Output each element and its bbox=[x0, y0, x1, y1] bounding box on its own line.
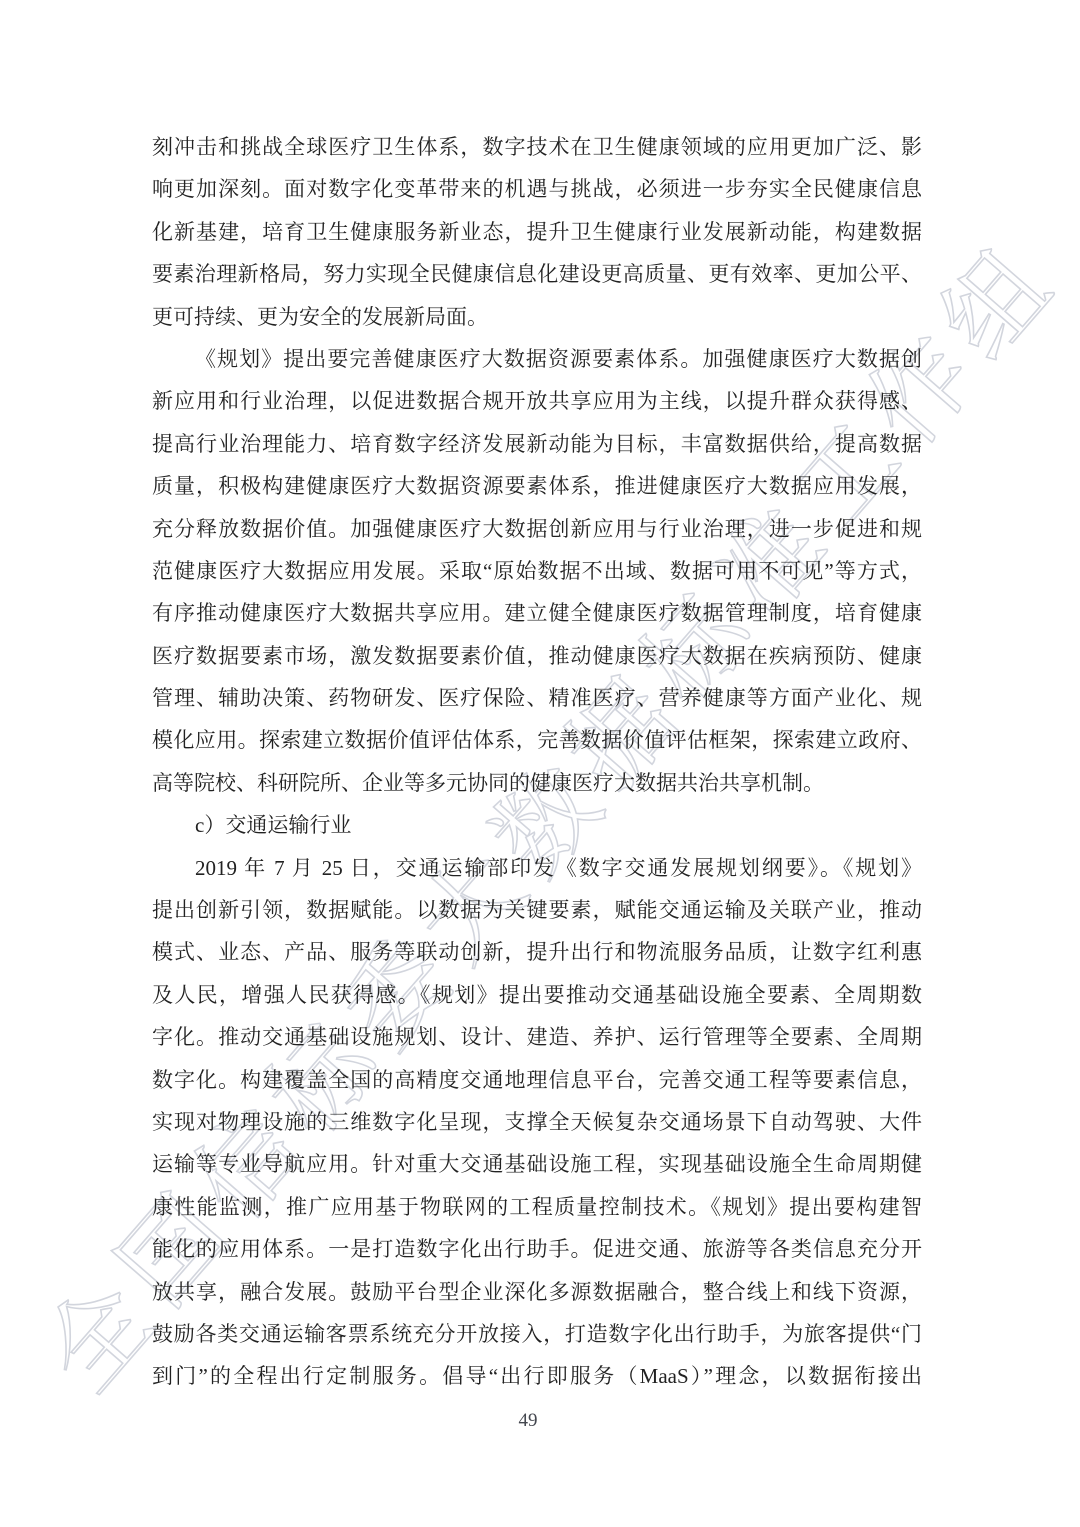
text-line: 数字化。构建覆盖全国的高精度交通地理信息平台，完善交通工程等要素信息， bbox=[152, 1059, 922, 1101]
document-page: 全国信标委大数据标准工作组 刻冲击和挑战全球医疗卫生体系，数字技术在卫生健康领域… bbox=[0, 0, 1080, 1527]
text-line: 运输等专业导航应用。针对重大交通基础设施工程，实现基础设施全生命周期健 bbox=[152, 1143, 922, 1185]
text-line: 放共享，融合发展。鼓励平台型企业深化多源数据融合，整合线上和线下资源， bbox=[152, 1271, 922, 1313]
text-line: 质量，积极构建健康医疗大数据资源要素体系，推进健康医疗大数据应用发展， bbox=[152, 465, 922, 507]
text-line: 鼓励各类交通运输客票系统充分开放接入，打造数字化出行助手，为旅客提供“门 bbox=[152, 1313, 922, 1355]
text-line: 提高行业治理能力、培育数字经济发展新动能为目标，丰富数据供给，提高数据 bbox=[152, 423, 922, 465]
text-line: 新应用和行业治理，以促进数据合规开放共享应用为主线，以提升群众获得感、 bbox=[152, 380, 922, 422]
text-line: 能化的应用体系。一是打造数字化出行助手。促进交通、旅游等各类信息充分开 bbox=[152, 1228, 922, 1270]
text-line: 到门”的全程出行定制服务。倡导“出行即服务（MaaS）”理念，以数据衔接出 bbox=[152, 1355, 922, 1397]
text-line: 化新基建，培育卫生健康服务新业态，提升卫生健康行业发展新动能，构建数据 bbox=[152, 211, 922, 253]
text-line: 响更加深刻。面对数字化变革带来的机遇与挑战，必须进一步夯实全民健康信息 bbox=[152, 168, 922, 210]
text-line: 更可持续、更为安全的发展新局面。 bbox=[152, 296, 922, 338]
text-line: 康性能监测，推广应用基于物联网的工程质量控制技术。《规划》提出要构建智 bbox=[152, 1186, 922, 1228]
text-line: 医疗数据要素市场，激发数据要素价值，推动健康医疗大数据在疾病预防、健康 bbox=[152, 635, 922, 677]
text-line: 模式、业态、产品、服务等联动创新，提升出行和物流服务品质，让数字红利惠 bbox=[152, 931, 922, 973]
text-line: 高等院校、科研院所、企业等多元协同的健康医疗大数据共治共享机制。 bbox=[152, 762, 922, 804]
text-line: 2019 年 7 月 25 日，交通运输部印发《数字交通发展规划纲要》。《规划》 bbox=[152, 847, 922, 889]
text-line: 刻冲击和挑战全球医疗卫生体系，数字技术在卫生健康领域的应用更加广泛、影 bbox=[152, 126, 922, 168]
section-heading: c）交通运输行业 bbox=[152, 804, 922, 846]
text-line: 及人民，增强人民获得感。《规划》提出要推动交通基础设施全要素、全周期数 bbox=[152, 974, 922, 1016]
text-line: 《规划》提出要完善健康医疗大数据资源要素体系。加强健康医疗大数据创 bbox=[152, 338, 922, 380]
text-line: 实现对物理设施的三维数字化呈现，支撑全天候复杂交通场景下自动驾驶、大件 bbox=[152, 1101, 922, 1143]
text-line: 充分释放数据价值。加强健康医疗大数据创新应用与行业治理，进一步促进和规 bbox=[152, 508, 922, 550]
text-line: 有序推动健康医疗大数据共享应用。建立健全健康医疗数据管理制度，培育健康 bbox=[152, 592, 922, 634]
document-body: 刻冲击和挑战全球医疗卫生体系，数字技术在卫生健康领域的应用更加广泛、影响更加深刻… bbox=[152, 126, 922, 1398]
text-line: 范健康医疗大数据应用发展。采取“原始数据不出域、数据可用不可见”等方式， bbox=[152, 550, 922, 592]
text-line: 要素治理新格局，努力实现全民健康信息化建设更高质量、更有效率、更加公平、 bbox=[152, 253, 922, 295]
text-line: 字化。推动交通基础设施规划、设计、建造、养护、运行管理等全要素、全周期 bbox=[152, 1016, 922, 1058]
text-line: 提出创新引领，数据赋能。以数据为关键要素，赋能交通运输及关联产业，推动 bbox=[152, 889, 922, 931]
text-line: 模化应用。探索建立数据价值评估体系，完善数据价值评估框架，探索建立政府、 bbox=[152, 719, 922, 761]
text-line: 管理、辅助决策、药物研发、医疗保险、精准医疗、营养健康等方面产业化、规 bbox=[152, 677, 922, 719]
page-number: 49 bbox=[0, 1410, 1056, 1432]
